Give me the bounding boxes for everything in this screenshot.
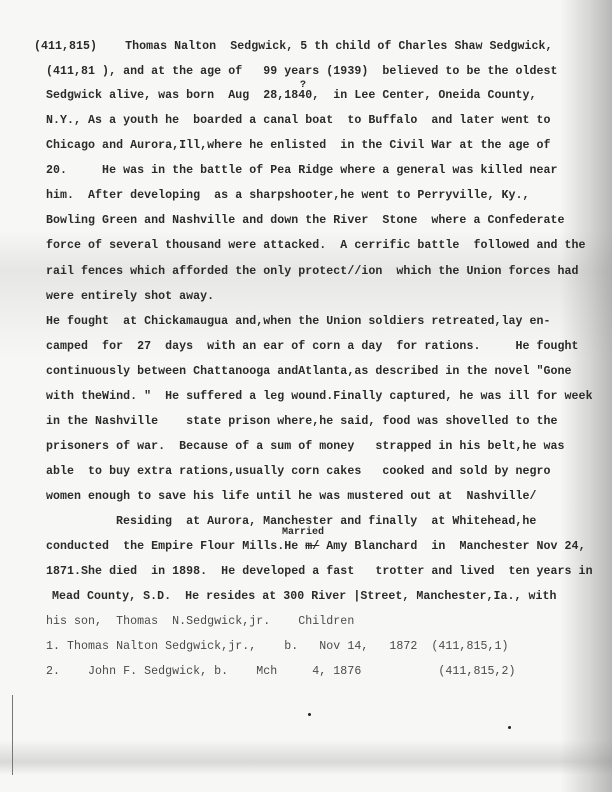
struck-text: m/: [305, 540, 319, 553]
text-line-3: Sedgwick alive, was born Aug 28,1840, in…: [46, 89, 537, 103]
page-edge-line: [12, 695, 13, 775]
interlinear-insertion-married: Married: [282, 527, 324, 538]
text-line-20: Residing at Aurora, Manchester and final…: [116, 515, 536, 529]
scan-speck: [508, 726, 511, 729]
text-line-16: in the Nashville state prison where,he s…: [46, 415, 558, 429]
text-line-24: his son, Thomas N.Sedgwick,jr. Children: [46, 615, 354, 629]
text-line-18: able to buy extra rations,usually corn c…: [46, 465, 551, 479]
text-line-21-end: Amy Blanchard in Manchester Nov 24,: [319, 540, 585, 553]
text-line-14: continuously between Chattanooga andAtla…: [46, 365, 572, 379]
text-line-5: Chicago and Aurora,Ill,where he enlisted…: [46, 139, 551, 153]
text-line-19: women enough to save his life until he w…: [46, 490, 537, 504]
text-line-21: conducted the Empire Flour Mills.He m/ A…: [46, 540, 586, 554]
scanned-page: (411,815) Thomas Nalton Sedgwick, 5 th c…: [0, 0, 612, 792]
interlinear-question-mark: ?: [300, 80, 306, 91]
child-entry-2: 2. John F. Sedgwick, b. Mch 4, 1876 (411…: [46, 665, 516, 679]
text-line-11: were entirely shot away.: [46, 290, 214, 304]
text-line-6: 20. He was in the battle of Pea Ridge wh…: [46, 164, 558, 178]
child-entry-1: 1. Thomas Nalton Sedgwick,jr., b. Nov 14…: [46, 640, 509, 654]
text-line-12: He fought at Chickamaugua and,when the U…: [46, 315, 551, 329]
text-line-23: Mead County, S.D. He resides at 300 Rive…: [52, 590, 557, 604]
scan-speck: [308, 713, 311, 716]
text-line-8: Bowling Green and Nashville and down the…: [46, 214, 565, 228]
text-line-13: camped for 27 days with an ear of corn a…: [46, 340, 579, 354]
text-line-17: prisoners of war. Because of a sum of mo…: [46, 440, 565, 454]
text-line-15: with theWind. " He suffered a leg wound.…: [46, 390, 593, 404]
text-line-1: (411,815) Thomas Nalton Sedgwick, 5 th c…: [34, 40, 553, 54]
text-line-21-start: conducted the Empire Flour Mills.He: [46, 540, 298, 553]
text-line-10: rail fences which afforded the only prot…: [46, 265, 579, 279]
text-line-4: N.Y., As a youth he boarded a canal boat…: [46, 114, 551, 128]
text-line-9: force of several thousand were attacked.…: [46, 239, 586, 253]
text-line-22: 1871.She died in 1898. He developed a fa…: [46, 565, 593, 579]
text-line-2: (411,81 ), and at the age of 99 years (1…: [46, 65, 558, 79]
text-line-7: him. After developing as a sharpshooter,…: [46, 189, 530, 203]
